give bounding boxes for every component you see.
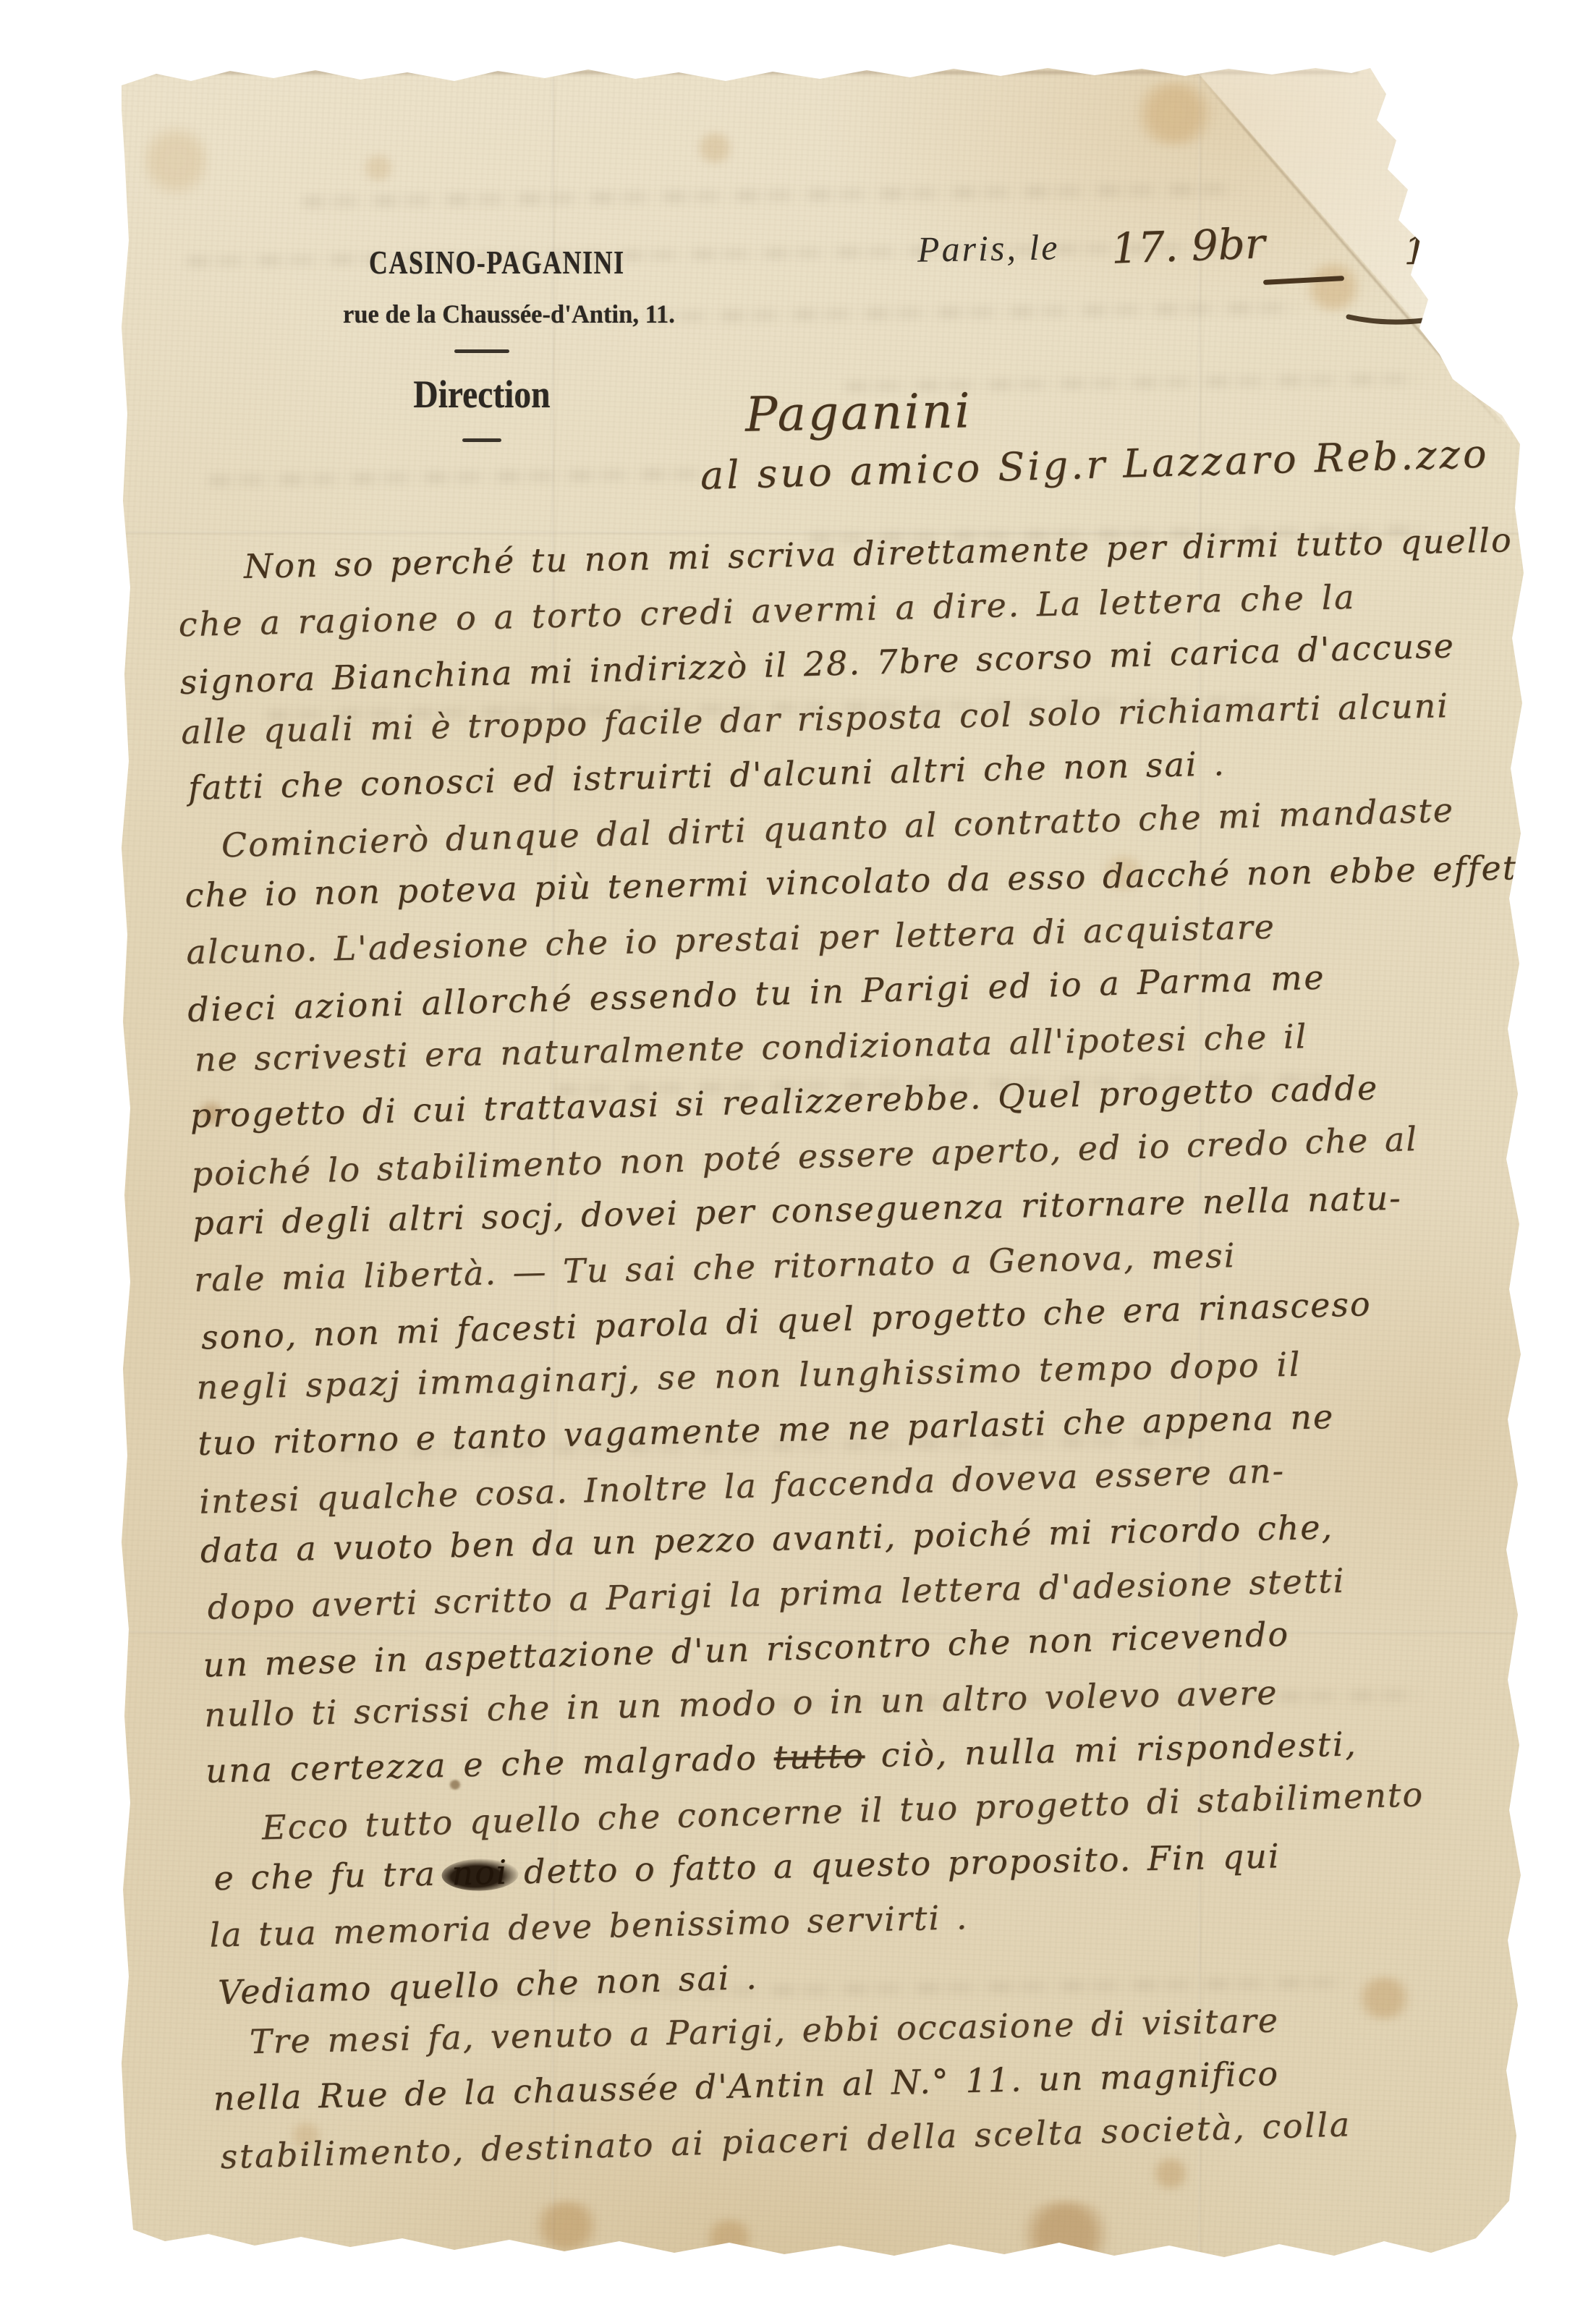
recipient-name: Paganini <box>744 383 972 442</box>
fox-stain <box>1149 2157 1192 2190</box>
ink-blot: noi <box>451 1853 509 1893</box>
fox-stain <box>143 117 208 204</box>
ink-showthrough <box>208 468 715 486</box>
handwritten-date: 17. 9br <box>1111 218 1266 273</box>
letterhead-rule <box>454 349 509 353</box>
letterhead: CASINO-PAGANINI rue de la Chaussée-d'Ant… <box>337 243 627 442</box>
handwritten-year: 1837 <box>1403 226 1503 273</box>
letter-body: Non so perché tu non mi scriva direttame… <box>177 511 1542 2181</box>
ink-showthrough <box>650 302 1301 323</box>
letterhead-dash <box>462 438 501 442</box>
fox-stain <box>527 2201 606 2251</box>
ink-showthrough <box>302 183 1243 208</box>
fox-stain <box>700 2219 758 2259</box>
letter-paper: CASINO-PAGANINI rue de la Chaussée-d'Ant… <box>122 67 1528 2260</box>
line-fragment: ciò, nulla mi rispondesti, <box>865 1724 1358 1775</box>
line-fragment: detto o fatto a questo proposito. Fin qu… <box>508 1836 1281 1891</box>
fox-stain <box>1127 81 1221 146</box>
letterhead-title: CASINO-PAGANINI <box>369 243 595 281</box>
fox-stain <box>1402 110 1453 146</box>
line-fragment: una certezza e che malgrado <box>205 1738 774 1790</box>
fox-stain <box>693 132 737 164</box>
year-flourish-stroke <box>1343 284 1524 330</box>
fox-stain <box>360 153 396 182</box>
line-fragment: e che fu tra <box>213 1853 452 1898</box>
letterhead-address: rue de la Chaussée-d'Antin, 11. <box>343 299 621 329</box>
letterhead-direction: Direction <box>355 372 609 417</box>
top-edge-shadow <box>136 71 1359 74</box>
struck-word: tutto <box>773 1736 865 1777</box>
printed-dateline-prefix: Paris, le <box>917 226 1060 270</box>
scanned-letter-page: { "colors": { "paper": "#e8ddc2", "handw… <box>0 0 1596 2315</box>
fox-stain <box>1011 2201 1120 2269</box>
